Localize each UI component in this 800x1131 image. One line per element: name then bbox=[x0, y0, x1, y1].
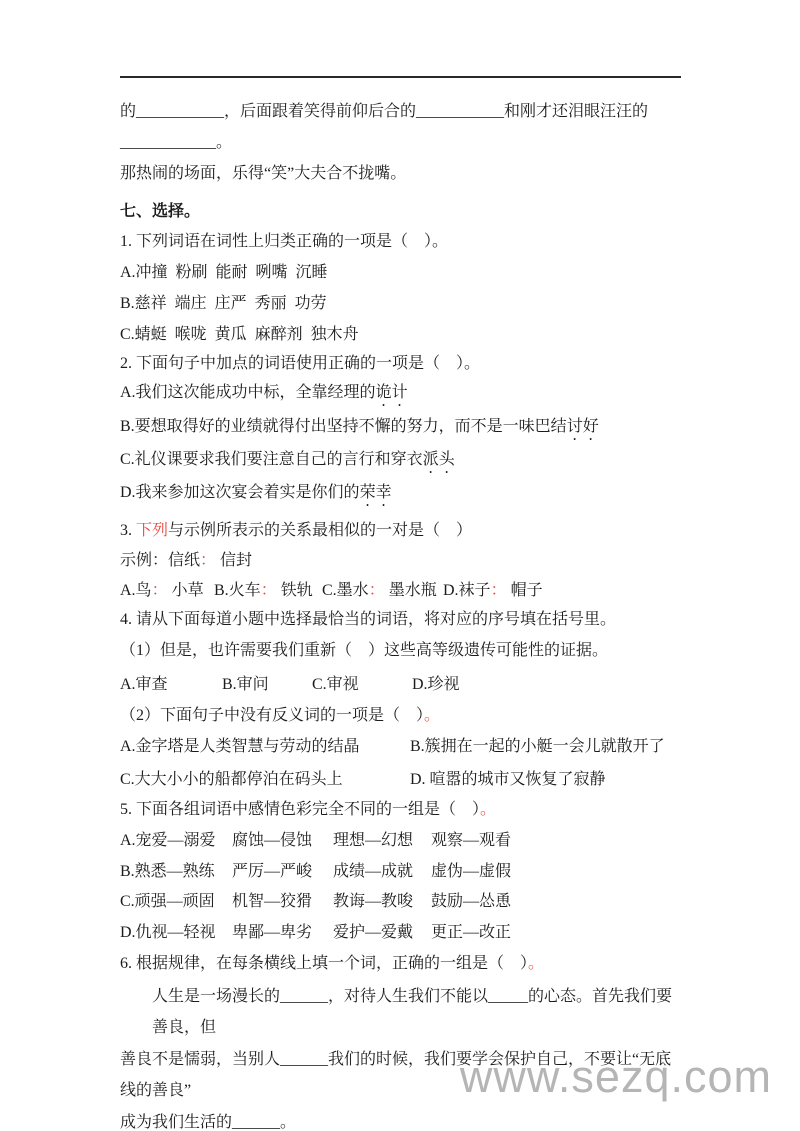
site-watermark: www.sezq.com bbox=[460, 1052, 772, 1102]
word-pair: 更正—改正 bbox=[431, 917, 511, 948]
sub1-option-d: D.珍视 bbox=[412, 669, 460, 700]
question-5-row-d: D.仇视—轻视 卑鄙—卑劣 爱护—爱戴 更正—改正 bbox=[120, 917, 686, 948]
question-3-example: 示例：信纸： 信封 bbox=[120, 545, 686, 576]
worksheet-content: 的___________，后面跟着笑得前仰后合的___________和刚才还泪… bbox=[120, 96, 686, 1131]
red-colon: ： bbox=[369, 582, 385, 599]
red-period: 。 bbox=[424, 707, 440, 724]
sub2-option-c: C.大大小小的船都停泊在码头上 bbox=[120, 764, 410, 795]
sub1-option-a: A.审查 bbox=[120, 669, 222, 700]
word-pair: C.顽强—顽固 bbox=[120, 886, 232, 917]
option-text: A.鸟 bbox=[120, 582, 152, 599]
stem-rest: 与示例所表示的关系最相似的一对是（ ） bbox=[168, 522, 472, 539]
question-6-stem: 6. 根据规律，在每条横线上填一个词，正确的一组是（ ）。 bbox=[120, 948, 686, 979]
word-pair: 爱护—爱戴 bbox=[333, 917, 431, 948]
question-1-option-a: A.冲撞 粉刷 能耐 咧嘴 沉睡 bbox=[120, 257, 686, 288]
question-1-stem: 1. 下列词语在词性上归类正确的一项是（ ）。 bbox=[120, 226, 686, 257]
question-2-option-b: B.要想取得好的业绩就得付出坚持不懈的努力，而不是一味巴结讨好 bbox=[120, 411, 686, 444]
red-colon: ： bbox=[200, 552, 216, 569]
option-text: 铁轨 bbox=[277, 582, 313, 599]
option-text: D.我来参加这次宴会着实是你们的 bbox=[120, 484, 360, 501]
intro-line-1: 的___________，后面跟着笑得前仰后合的___________和刚才还泪… bbox=[120, 96, 686, 158]
word-pair: B.熟悉—熟练 bbox=[120, 856, 232, 887]
question-4-sub2-options-row-cd: C.大大小小的船都停泊在码头上 D. 喧嚣的城市又恢复了寂静 bbox=[120, 764, 686, 795]
question-2-option-a: A.我们这次能成功中标，全靠经理的诡计 bbox=[120, 377, 686, 410]
question-4-sub1-options-row: A.审查 B.审问 C.审视 D.珍视 bbox=[120, 669, 686, 700]
worksheet-page: 的___________，后面跟着笑得前仰后合的___________和刚才还泪… bbox=[0, 0, 800, 1131]
question-2-stem: 2. 下面句子中加点的词语使用正确的一项是（ ）。 bbox=[120, 348, 686, 379]
option-text: B.要想取得好的业绩就得付出坚持不懈的努力，而不是一味巴结 bbox=[120, 418, 567, 435]
question-3-option-b: B.火车： 铁轨 bbox=[214, 575, 322, 606]
red-highlight-text: 下列 bbox=[136, 522, 168, 539]
word-pair: 机智—狡猾 bbox=[232, 886, 333, 917]
sub1-option-b: B.审问 bbox=[222, 669, 312, 700]
sub2-option-a: A.金字塔是人类智慧与劳动的结晶 bbox=[120, 731, 410, 762]
option-text: B.火车 bbox=[214, 582, 261, 599]
question-4-sub2-options-row-ab: A.金字塔是人类智慧与劳动的结晶 B.簇拥在一起的小艇一会儿就散开了 bbox=[120, 731, 686, 762]
red-colon: ： bbox=[491, 582, 507, 599]
question-3-option-c: C.墨水： 墨水瓶 bbox=[322, 575, 443, 606]
word-pair: 理想—幻想 bbox=[333, 825, 431, 856]
emphasized-word: 派头 bbox=[423, 451, 455, 468]
question-3-option-d: D.袜子： 帽子 bbox=[443, 575, 543, 606]
stem-text: 6. 根据规律，在每条横线上填一个词，正确的一组是（ ） bbox=[120, 955, 528, 972]
question-4-sub1-stem: （1）但是，也许需要我们重新（ ）这些高等级遗传可能性的证据。 bbox=[120, 635, 686, 666]
stem-text: （2）下面句子中没有反义词的一项是（ ） bbox=[120, 707, 424, 724]
option-text: 墨水瓶 bbox=[385, 582, 437, 599]
emphasized-word: 讨好 bbox=[567, 418, 599, 435]
emphasized-word: 诡计 bbox=[376, 384, 408, 401]
question-4-sub2-stem: （2）下面句子中没有反义词的一项是（ ）。 bbox=[120, 700, 686, 731]
stem-prefix: 3. bbox=[120, 522, 136, 539]
word-pair: 卑鄙—卑劣 bbox=[232, 917, 333, 948]
sub2-option-b: B.簇拥在一起的小艇一会儿就散开了 bbox=[410, 731, 665, 762]
sub2-option-d: D. 喧嚣的城市又恢复了寂静 bbox=[410, 764, 606, 795]
word-pair: 鼓励—怂恿 bbox=[431, 886, 511, 917]
question-6-paragraph-line-3: 成为我们生活的______。 bbox=[120, 1107, 686, 1131]
question-5-stem: 5. 下面各组词语中感情色彩完全不同的一组是（ ）。 bbox=[120, 794, 686, 825]
question-5-row-c: C.顽强—顽固 机智—狡猾 教诲—教唆 鼓励—怂恿 bbox=[120, 886, 686, 917]
word-pair: D.仇视—轻视 bbox=[120, 917, 232, 948]
question-1-option-c: C.蜻蜓 喉咙 黄瓜 麻醉剂 独木舟 bbox=[120, 319, 686, 350]
question-6-paragraph-line-1: 人生是一场漫长的______，对待人生我们不能以_____的心态。首先我们要善良… bbox=[120, 981, 686, 1043]
question-4-stem: 4. 请从下面每道小题中选择最恰当的词语，将对应的序号填在括号里。 bbox=[120, 604, 686, 635]
horizontal-rule bbox=[120, 76, 681, 78]
red-period: 。 bbox=[480, 801, 496, 818]
red-period: 。 bbox=[528, 955, 544, 972]
question-3-options-row: A.鸟： 小草 B.火车： 铁轨 C.墨水： 墨水瓶 D.袜子： 帽子 bbox=[120, 575, 686, 606]
word-pair: 严厉—严峻 bbox=[232, 856, 333, 887]
word-pair: 观察—观看 bbox=[431, 825, 511, 856]
stem-text: 5. 下面各组词语中感情色彩完全不同的一组是（ ） bbox=[120, 801, 480, 818]
example-text: 示例：信纸 bbox=[120, 552, 200, 569]
intro-line-2: 那热闹的场面，乐得“笑”大夫合不拢嘴。 bbox=[120, 158, 686, 189]
section-title: 七、选择。 bbox=[120, 196, 686, 227]
option-text: C.礼仪课要求我们要注意自己的言行和穿衣 bbox=[120, 451, 423, 468]
word-pair: 虚伪—虚假 bbox=[431, 856, 511, 887]
option-text: C.墨水 bbox=[322, 582, 369, 599]
question-3-stem: 3. 下列与示例所表示的关系最相似的一对是（ ） bbox=[120, 515, 686, 546]
red-colon: ： bbox=[261, 582, 277, 599]
emphasized-word: 荣幸 bbox=[360, 484, 392, 501]
option-text: 小草 bbox=[168, 582, 204, 599]
option-text: D.袜子 bbox=[443, 582, 491, 599]
question-3-option-a: A.鸟： 小草 bbox=[120, 575, 214, 606]
question-5-row-b: B.熟悉—熟练 严厉—严峻 成绩—成就 虚伪—虚假 bbox=[120, 856, 686, 887]
red-colon: ： bbox=[152, 582, 168, 599]
question-5-row-a: A.宠爱—溺爱 腐蚀—侵蚀 理想—幻想 观察—观看 bbox=[120, 825, 686, 856]
option-text: 帽子 bbox=[507, 582, 543, 599]
sub1-option-c: C.审视 bbox=[312, 669, 412, 700]
question-2-option-d: D.我来参加这次宴会着实是你们的荣幸 bbox=[120, 477, 686, 510]
word-pair: 腐蚀—侵蚀 bbox=[232, 825, 333, 856]
word-pair: 成绩—成就 bbox=[333, 856, 431, 887]
question-2-option-c: C.礼仪课要求我们要注意自己的言行和穿衣派头 bbox=[120, 444, 686, 477]
word-pair: 教诲—教唆 bbox=[333, 886, 431, 917]
option-text: A.我们这次能成功中标，全靠经理的 bbox=[120, 384, 376, 401]
question-1-option-b: B.慈祥 端庄 庄严 秀丽 功劳 bbox=[120, 288, 686, 319]
word-pair: A.宠爱—溺爱 bbox=[120, 825, 232, 856]
example-answer: 信封 bbox=[216, 552, 252, 569]
